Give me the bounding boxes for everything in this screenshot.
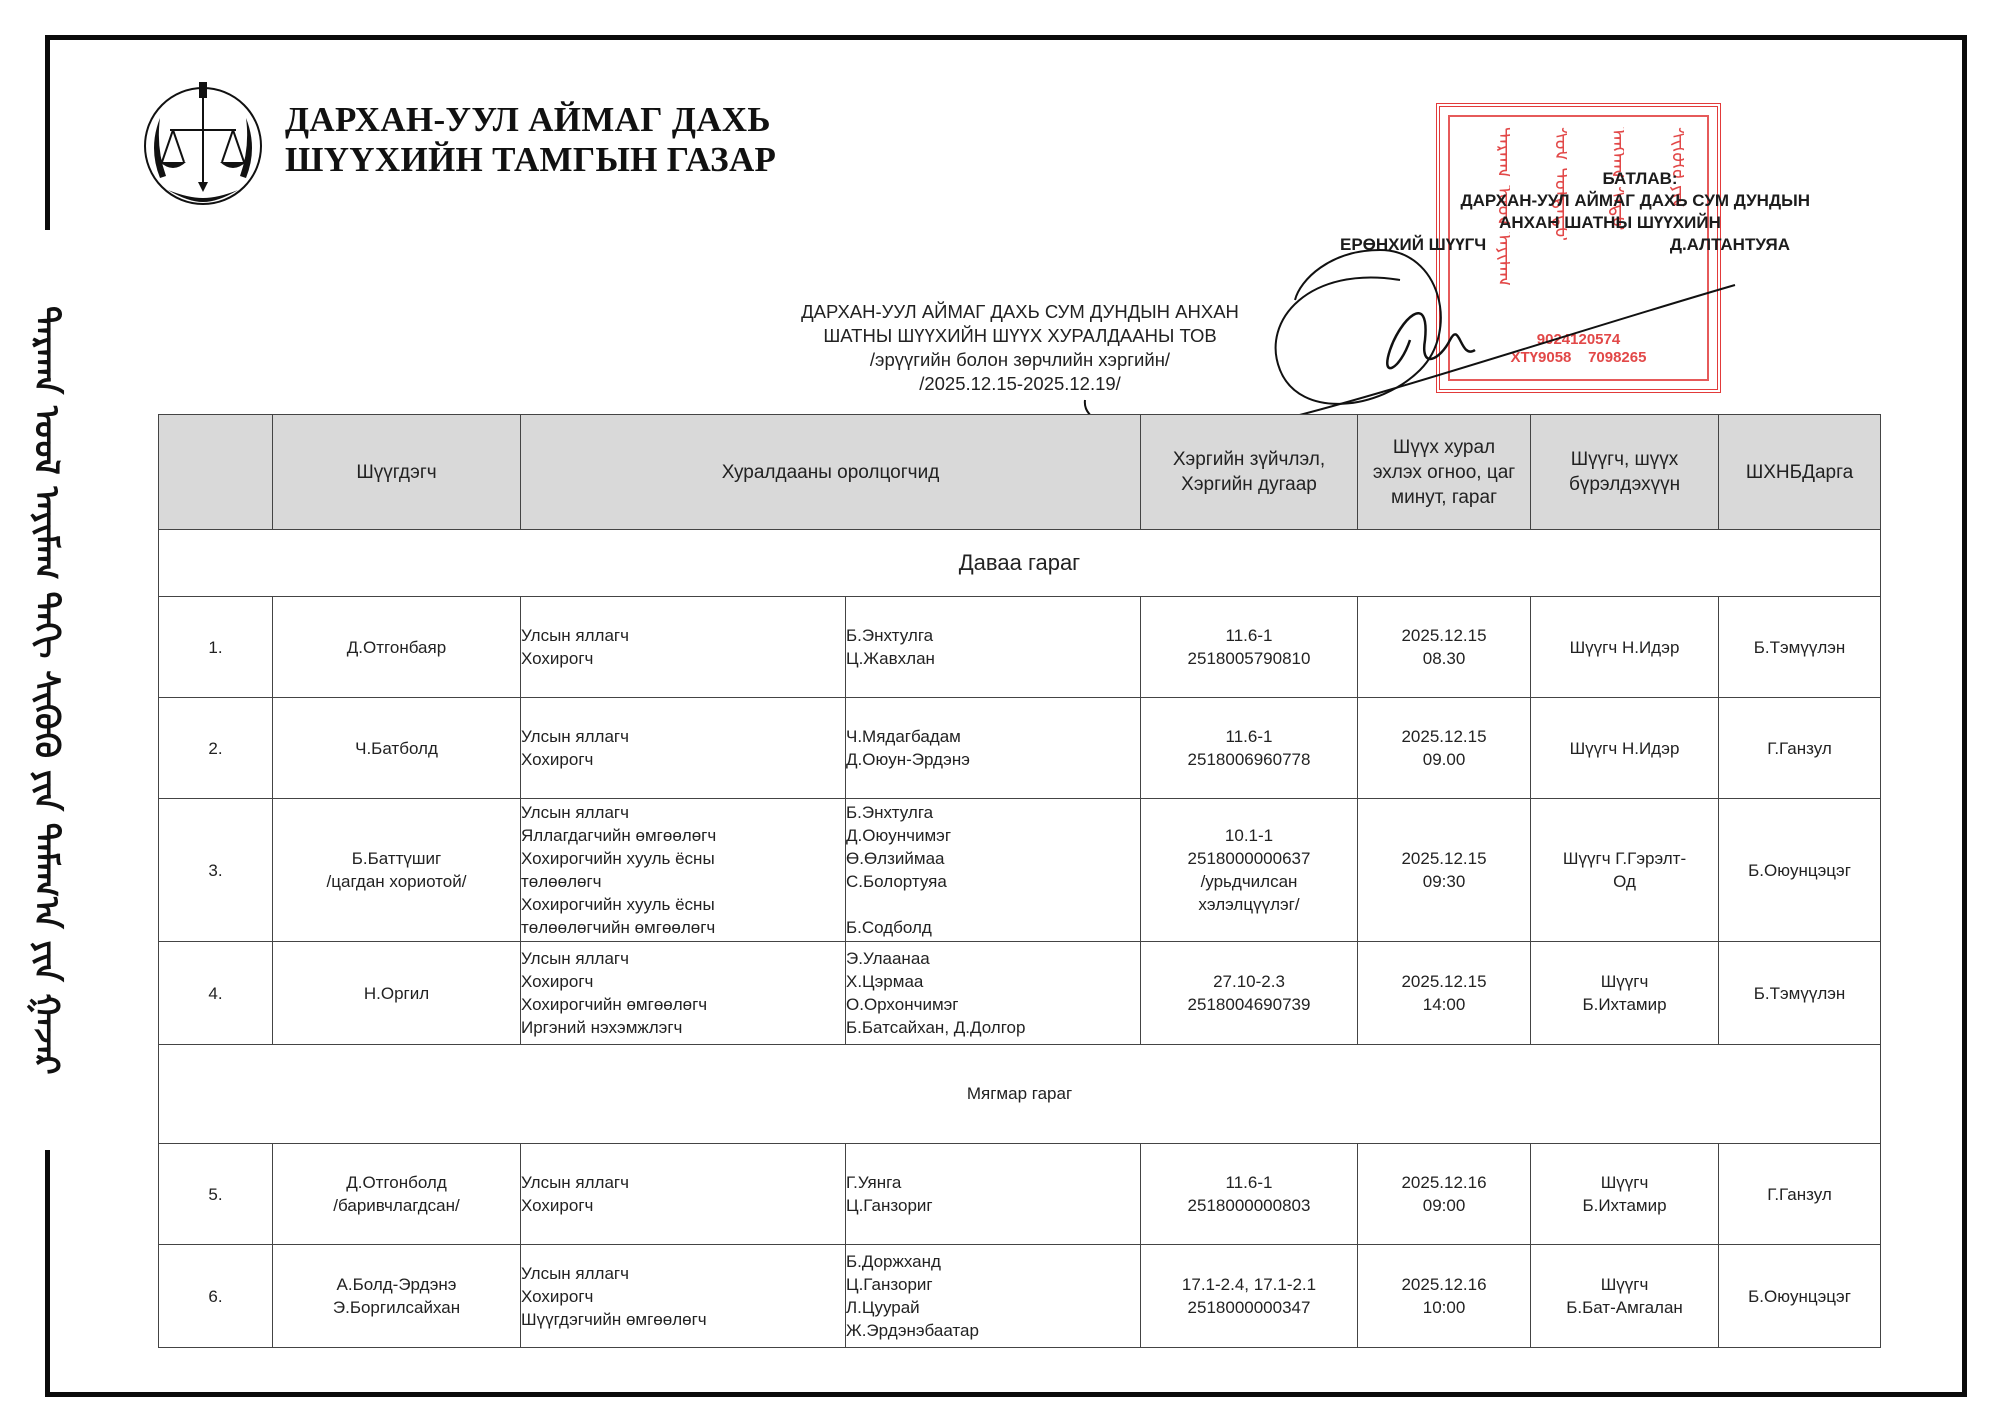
cell-line: Д.Оюун-Эрдэнэ xyxy=(846,748,1140,771)
participant-names-cell: Б.ДоржхандЦ.ГанзоригЛ.ЦуурайЖ.Эрдэнэбаат… xyxy=(846,1245,1141,1348)
cell-line: Б.Энхтулга xyxy=(846,624,1140,647)
cell-line: Улсын яллагч xyxy=(521,725,845,748)
secretary-cell: Г.Ганзул xyxy=(1719,698,1881,799)
header-no xyxy=(159,415,273,530)
table-header-row: Шүүгдэгч Хуралдааны оролцогчид Хэргийн з… xyxy=(159,415,1881,530)
day-label: Даваа гараг xyxy=(159,530,1881,597)
table-row[interactable]: 3.Б.Баттүшиг/цагдан хориотой/Улсын яллаг… xyxy=(159,799,1881,942)
cell-line: Ц.Ганзориг xyxy=(846,1194,1140,1217)
cell-line: төлөөлөгч xyxy=(521,870,845,893)
datetime-cell: 2025.12.1508.30 xyxy=(1358,597,1531,698)
approval-block: БАТЛАВ: ДАРХАН-УУЛ АЙМАГ ДАХЬ СУМ ДУНДЫН… xyxy=(1330,168,1850,256)
approval-position: ЕРӨНХИЙ ШҮҮГЧ xyxy=(1340,234,1486,256)
defendant-cell: Д.Отгонболд/баривчлагдсан/ xyxy=(273,1144,521,1245)
table-row[interactable]: 5.Д.Отгонболд/баривчлагдсан/Улсын яллагч… xyxy=(159,1144,1881,1245)
cell-line: 2518000000347 xyxy=(1141,1296,1357,1319)
cell-line: 09.00 xyxy=(1358,748,1530,771)
cell-line: Хохирогч xyxy=(521,748,845,771)
cell-line: 2518006960778 xyxy=(1141,748,1357,771)
cell-line: Шүүгч xyxy=(1531,1171,1718,1194)
cell-line: 2025.12.15 xyxy=(1358,624,1530,647)
cell-line: Шүүгдэгчийн өмгөөлөгч xyxy=(521,1308,845,1331)
title-period: /2025.12.15-2025.12.19/ xyxy=(700,372,1340,396)
cell-line: 2025.12.15 xyxy=(1358,847,1530,870)
participant-names-cell: Ч.МядагбадамД.Оюун-Эрдэнэ xyxy=(846,698,1141,799)
header-judge: Шүүгч, шүүх бүрэлдэхүүн xyxy=(1531,415,1719,530)
cell-line: Хохирогчийн хууль ёсны xyxy=(521,893,845,916)
cell-line: Б.Бат-Амгалан xyxy=(1531,1296,1718,1319)
court-scales-emblem-icon xyxy=(138,78,268,208)
cell-line: 11.6-1 xyxy=(1141,725,1357,748)
participant-roles-cell: Улсын яллагчЯллагдагчийн өмгөөлөгчХохиро… xyxy=(521,799,846,942)
cell-line: Од xyxy=(1531,870,1718,893)
day-group-row: Мягмар гараг xyxy=(159,1045,1881,1144)
cell-line: Б.Доржханд xyxy=(846,1250,1140,1273)
cell-line: Хохирогч xyxy=(521,970,845,993)
cell-line: /урьдчилсан xyxy=(1141,870,1357,893)
cell-line: 08.30 xyxy=(1358,647,1530,670)
cell-line: төлөөлөгчийн өмгөөлөгч xyxy=(521,916,845,939)
participant-roles-cell: Улсын яллагчХохирогч xyxy=(521,698,846,799)
row-number: 3. xyxy=(159,799,273,942)
day-label: Мягмар гараг xyxy=(159,1045,1881,1144)
cell-line: Хохирогч xyxy=(521,1194,845,1217)
cell-line: А.Болд-Эрдэнэ xyxy=(273,1273,520,1296)
cell-line: Ч.Батболд xyxy=(273,737,520,760)
organization-title: ДАРХАН-УУЛ АЙМАГ ДАХЬ ШҮҮХИЙН ТАМГЫН ГАЗ… xyxy=(285,100,776,180)
judge-cell: Шүүгч Н.Идэр xyxy=(1531,597,1719,698)
cell-line: 14:00 xyxy=(1358,993,1530,1016)
row-number: 5. xyxy=(159,1144,273,1245)
participant-roles-cell: Улсын яллагчХохирогчШүүгдэгчийн өмгөөлөг… xyxy=(521,1245,846,1348)
defendant-cell: А.Болд-ЭрдэнэЭ.Боргилсайхан xyxy=(273,1245,521,1348)
title-subtitle: /эрүүгийн болон зөрчлийн хэргийн/ xyxy=(700,348,1340,372)
cell-line: 2025.12.16 xyxy=(1358,1171,1530,1194)
cell-line: 2025.12.16 xyxy=(1358,1273,1530,1296)
participant-roles-cell: Улсын яллагчХохирогчХохирогчийн өмгөөлөг… xyxy=(521,942,846,1045)
cell-line: Улсын яллагч xyxy=(521,624,845,647)
cell-line: Яллагдагчийн өмгөөлөгч xyxy=(521,824,845,847)
case-cell: 27.10-2.32518004690739 xyxy=(1141,942,1358,1045)
datetime-cell: 2025.12.1509.00 xyxy=(1358,698,1531,799)
title-line2: ШАТНЫ ШҮҮХИЙН ШҮҮХ ХУРАЛДААНЫ ТОВ xyxy=(700,324,1340,348)
header-defendant: Шүүгдэгч xyxy=(273,415,521,530)
secretary-cell: Б.Тэмүүлэн xyxy=(1719,597,1881,698)
approval-name: Д.АЛТАНТУЯА xyxy=(1670,234,1790,256)
cell-line: С.Болортуяа xyxy=(846,870,1140,893)
org-title-line2: ШҮҮХИЙН ТАМГЫН ГАЗАР xyxy=(285,140,776,180)
cell-line: 2025.12.15 xyxy=(1358,725,1530,748)
cell-line: 2518000000803 xyxy=(1141,1194,1357,1217)
cell-line: Б.Ихтамир xyxy=(1531,993,1718,1016)
case-cell: 17.1-2.4, 17.1-2.12518000000347 xyxy=(1141,1245,1358,1348)
cell-line: 11.6-1 xyxy=(1141,624,1357,647)
cell-line: Иргэний нэхэмжлэгч xyxy=(521,1016,845,1039)
cell-line xyxy=(846,893,1140,916)
cell-line: Хохирогч xyxy=(521,647,845,670)
participant-names-cell: Э.УлаанааХ.ЦэрмааО.ОрхончимэгБ.Батсайхан… xyxy=(846,942,1141,1045)
org-title-line1: ДАРХАН-УУЛ АЙМАГ ДАХЬ xyxy=(285,100,776,140)
cell-line: Э.Улаанаа xyxy=(846,947,1140,970)
datetime-cell: 2025.12.1509:30 xyxy=(1358,799,1531,942)
participant-names-cell: Г.УянгаЦ.Ганзориг xyxy=(846,1144,1141,1245)
approval-label: БАТЛАВ: xyxy=(1330,168,1850,190)
cell-line: 10:00 xyxy=(1358,1296,1530,1319)
judge-cell: ШүүгчБ.Бат-Амгалан xyxy=(1531,1245,1719,1348)
cell-line: Ц.Ганзориг xyxy=(846,1273,1140,1296)
cell-line: Улсын яллагч xyxy=(521,947,845,970)
datetime-cell: 2025.12.1514:00 xyxy=(1358,942,1531,1045)
cell-line: 11.6-1 xyxy=(1141,1171,1357,1194)
case-cell: 10.1-12518000000637/урьдчилсанхэлэлцүүлэ… xyxy=(1141,799,1358,942)
cell-line: Улсын яллагч xyxy=(521,1262,845,1285)
stamp-number: 9024120574 xyxy=(1440,331,1717,349)
cell-line: Г.Уянга xyxy=(846,1171,1140,1194)
secretary-cell: Г.Ганзул xyxy=(1719,1144,1881,1245)
approval-court-level: АНХАН ШАТНЫ ШҮҮХИЙН xyxy=(1330,212,1850,234)
participant-roles-cell: Улсын яллагчХохирогч xyxy=(521,1144,846,1245)
cell-line: 09:30 xyxy=(1358,870,1530,893)
cell-line: Д.Отгонбаяр xyxy=(273,636,520,659)
row-number: 1. xyxy=(159,597,273,698)
cell-line: Шүүгч Г.Гэрэлт- xyxy=(1531,847,1718,870)
case-cell: 11.6-12518000000803 xyxy=(1141,1144,1358,1245)
vertical-mongolian-script: ᠳᠠᠷᠬᠠᠨ ᠤᠤᠯ ᠠᠶᠢᠮᠠᠭ ᠳᠠᠬᠢ ᠰᠢᠭᠦᠬᠦ ᠶᠢᠨ ᠲᠠᠮᠠᠭ᠎… xyxy=(20,230,72,1150)
judge-cell: Шүүгч Н.Идэр xyxy=(1531,698,1719,799)
cell-line: Ө.Өлзиймаа xyxy=(846,847,1140,870)
approval-court: ДАРХАН-УУЛ АЙМАГ ДАХЬ СУМ ДУНДЫН xyxy=(1330,190,1850,212)
cell-line: 2518004690739 xyxy=(1141,993,1357,1016)
defendant-cell: Н.Оргил xyxy=(273,942,521,1045)
cell-line: 27.10-2.3 xyxy=(1141,970,1357,993)
cell-line: Д.Отгонболд xyxy=(273,1171,520,1194)
cell-line: Э.Боргилсайхан xyxy=(273,1296,520,1319)
cell-line: Хохирогчийн хууль ёсны xyxy=(521,847,845,870)
table-row[interactable]: 2.Ч.БатболдУлсын яллагчХохирогчЧ.Мядагба… xyxy=(159,698,1881,799)
cell-line: Л.Цуурай xyxy=(846,1296,1140,1319)
cell-line: 2518000000637 xyxy=(1141,847,1357,870)
cell-line: Хохирогч xyxy=(521,1285,845,1308)
header-participants: Хуралдааны оролцогчид xyxy=(521,415,1141,530)
cell-line: Н.Оргил xyxy=(273,982,520,1005)
case-cell: 11.6-12518005790810 xyxy=(1141,597,1358,698)
cell-line: Б.Баттүшиг xyxy=(273,847,520,870)
cell-line: Шүүгч xyxy=(1531,970,1718,993)
datetime-cell: 2025.12.1610:00 xyxy=(1358,1245,1531,1348)
cell-line: 17.1-2.4, 17.1-2.1 xyxy=(1141,1273,1357,1296)
cell-line: Шүүгч Н.Идэр xyxy=(1531,636,1718,659)
secretary-cell: Б.Оюунцэцэг xyxy=(1719,799,1881,942)
cell-line: 09:00 xyxy=(1358,1194,1530,1217)
participant-roles-cell: Улсын яллагчХохирогч xyxy=(521,597,846,698)
table-row[interactable]: 4.Н.ОргилУлсын яллагчХохирогчХохирогчийн… xyxy=(159,942,1881,1045)
cell-line: Улсын яллагч xyxy=(521,801,845,824)
participant-names-cell: Б.ЭнхтулгаД.ОюунчимэгӨ.ӨлзиймааС.Болорту… xyxy=(846,799,1141,942)
cell-line: Б.Содболд xyxy=(846,916,1140,939)
cell-line: 10.1-1 xyxy=(1141,824,1357,847)
datetime-cell: 2025.12.1609:00 xyxy=(1358,1144,1531,1245)
day-group-row: Даваа гараг xyxy=(159,530,1881,597)
side-script-text: ᠳᠠᠷᠬᠠᠨ ᠤᠤᠯ ᠠᠶᠢᠮᠠᠭ ᠳᠠᠬᠢ ᠰᠢᠭᠦᠬᠦ ᠶᠢᠨ ᠲᠠᠮᠠᠭ᠎… xyxy=(16,306,76,1075)
cell-line: Хохирогчийн өмгөөлөгч xyxy=(521,993,845,1016)
secretary-cell: Б.Оюунцэцэг xyxy=(1719,1245,1881,1348)
defendant-cell: Д.Отгонбаяр xyxy=(273,597,521,698)
row-number: 2. xyxy=(159,698,273,799)
stamp-codes: ХТҮ9058 7098265 xyxy=(1440,349,1717,367)
cell-line: Улсын яллагч xyxy=(521,1171,845,1194)
cell-line: Ч.Мядагбадам xyxy=(846,725,1140,748)
table-row[interactable]: 1.Д.ОтгонбаярУлсын яллагчХохирогчБ.Энхту… xyxy=(159,597,1881,698)
header-case: Хэргийн зүйчлэл, Хэргийн дугаар xyxy=(1141,415,1358,530)
secretary-cell: Б.Тэмүүлэн xyxy=(1719,942,1881,1045)
case-cell: 11.6-12518006960778 xyxy=(1141,698,1358,799)
cell-line: Шүүгч xyxy=(1531,1273,1718,1296)
cell-line: Д.Оюунчимэг xyxy=(846,824,1140,847)
judge-cell: Шүүгч Г.Гэрэлт-Од xyxy=(1531,799,1719,942)
header-datetime: Шүүх хурал эхлэх огноо, цаг минут, гараг xyxy=(1358,415,1531,530)
defendant-cell: Ч.Батболд xyxy=(273,698,521,799)
cell-line: Ц.Жавхлан xyxy=(846,647,1140,670)
cell-line: Б.Энхтулга xyxy=(846,801,1140,824)
cell-line: Шүүгч Н.Идэр xyxy=(1531,737,1718,760)
document-title: ДАРХАН-УУЛ АЙМАГ ДАХЬ СУМ ДУНДЫН АНХАН Ш… xyxy=(700,300,1340,396)
cell-line: Х.Цэрмаа xyxy=(846,970,1140,993)
cell-line: /цагдан хориотой/ xyxy=(273,870,520,893)
cell-line: Б.Ихтамир xyxy=(1531,1194,1718,1217)
cell-line: хэлэлцүүлэг/ xyxy=(1141,893,1357,916)
title-line1: ДАРХАН-УУЛ АЙМАГ ДАХЬ СУМ ДУНДЫН АНХАН xyxy=(700,300,1340,324)
cell-line: Б.Батсайхан, Д.Долгор xyxy=(846,1016,1140,1039)
cell-line: 2518005790810 xyxy=(1141,647,1357,670)
cell-line: Ж.Эрдэнэбаатар xyxy=(846,1319,1140,1342)
header-secretary: ШХНБДарга xyxy=(1719,415,1881,530)
cell-line: /баривчлагдсан/ xyxy=(273,1194,520,1217)
table-row[interactable]: 6.А.Болд-ЭрдэнэЭ.БоргилсайханУлсын яллаг… xyxy=(159,1245,1881,1348)
hearing-schedule-table: Шүүгдэгч Хуралдааны оролцогчид Хэргийн з… xyxy=(158,414,1881,1348)
row-number: 6. xyxy=(159,1245,273,1348)
cell-line: 2025.12.15 xyxy=(1358,970,1530,993)
judge-cell: ШүүгчБ.Ихтамир xyxy=(1531,942,1719,1045)
judge-cell: ШүүгчБ.Ихтамир xyxy=(1531,1144,1719,1245)
participant-names-cell: Б.ЭнхтулгаЦ.Жавхлан xyxy=(846,597,1141,698)
defendant-cell: Б.Баттүшиг/цагдан хориотой/ xyxy=(273,799,521,942)
cell-line: О.Орхончимэг xyxy=(846,993,1140,1016)
row-number: 4. xyxy=(159,942,273,1045)
